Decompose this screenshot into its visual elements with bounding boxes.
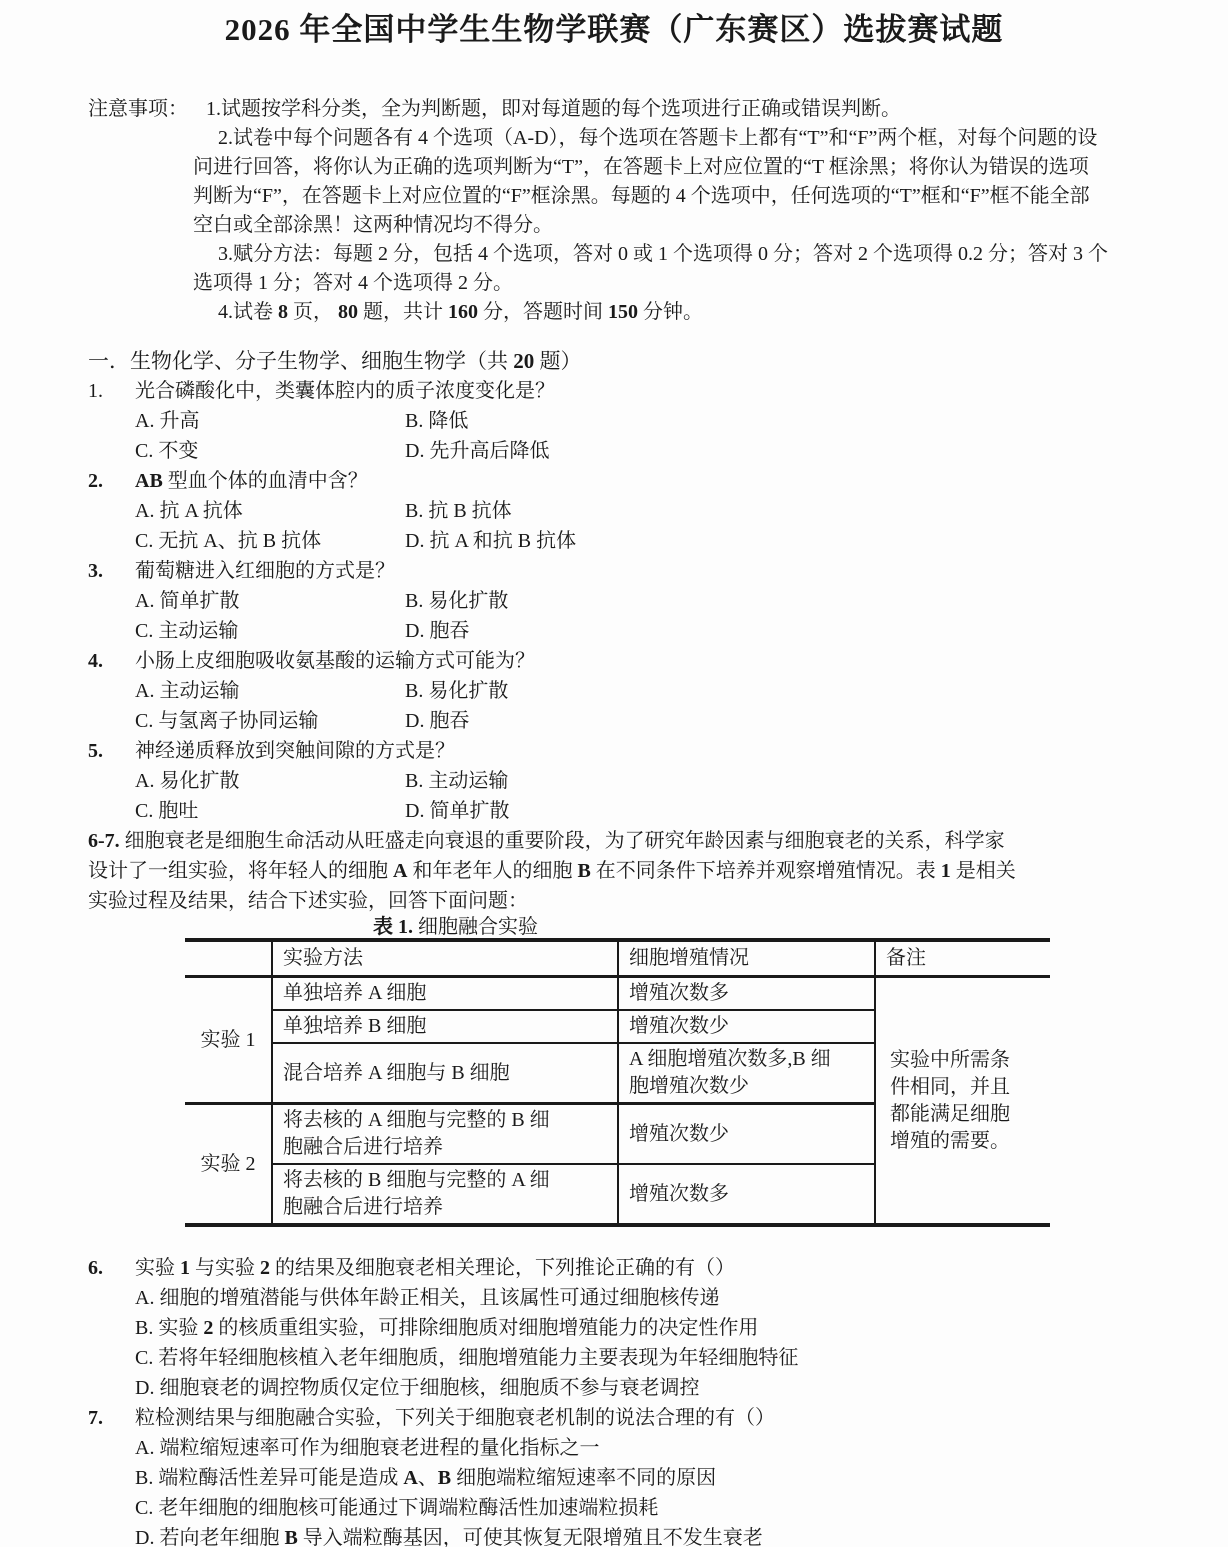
- option-d: D. 若向老年细胞 B 导入端粒酶基因，可使其恢复无限增殖且不发生衰老: [88, 1523, 1140, 1547]
- intro-line: 实验过程及结果，结合下述实验，回答下面问题：: [88, 886, 1140, 916]
- question-4: 4.小肠上皮细胞吸收氨基酸的运输方式可能为？ A. 主动运输B. 易化扩散 C.…: [88, 646, 1140, 736]
- table-header-blank: [185, 940, 272, 977]
- option-d: D. 先升高后降低: [405, 440, 549, 462]
- note-line-2-cont: 判断为“F”，在答题卡上对应位置的“F”框涂黑。每题的 4 个选项中，任何选项的…: [193, 182, 1140, 211]
- question-3: 3.葡萄糖进入红细胞的方式是？ A. 简单扩散B. 易化扩散 C. 主动运输D.…: [88, 556, 1140, 646]
- table-note: 实验中所需条 件相同，并且 都能满足细胞 增殖的需要。: [875, 977, 1050, 1226]
- option-c: C. 若将年轻细胞核植入老年细胞质，细胞增殖能力主要表现为年轻细胞特征: [88, 1343, 1140, 1373]
- notes-body: 1.试题按学科分类，全为判断题，即对每道题的每个选项进行正确或错误判断。 2.试…: [193, 95, 1140, 327]
- method-cell: 将去核的 A 细胞与完整的 B 细 胞融合后进行培养: [272, 1104, 618, 1165]
- method-cell: 将去核的 B 细胞与完整的 A 细 胞融合后进行培养: [272, 1164, 618, 1225]
- question-number: 5.: [88, 736, 135, 766]
- option-d: D. 抗 A 和抗 B 抗体: [405, 530, 576, 552]
- option-b: B. 实验 2 的核质重组实验，可排除细胞质对细胞增殖能力的决定性作用: [88, 1313, 1140, 1343]
- question-stem: 光合磷酸化中，类囊体腔内的质子浓度变化是？: [135, 380, 555, 402]
- table-1: 实验方法 细胞增殖情况 备注 实验 1 单独培养 A 细胞 增殖次数多 实验中所…: [185, 938, 1050, 1227]
- question-5: 5.神经递质释放到突触间隙的方式是？ A. 易化扩散B. 主动运输 C. 胞吐D…: [88, 736, 1140, 826]
- exam-page: 2026 年全国中学生生物学联赛（广东赛区）选拔赛试题 注意事项： 1.试题按学…: [0, 0, 1228, 1547]
- option-c: C. 老年细胞的细胞核可能通过下调端粒酶活性加速端粒损耗: [88, 1493, 1140, 1523]
- option-a: A. 抗 A 抗体: [135, 496, 405, 526]
- option-b: B. 抗 B 抗体: [405, 500, 512, 522]
- method-cell: 混合培养 A 细胞与 B 细胞: [272, 1043, 618, 1104]
- question-number: 4.: [88, 646, 135, 676]
- option-a: A. 升高: [135, 406, 405, 436]
- table-row: 实验 1 单独培养 A 细胞 增殖次数多 实验中所需条 件相同，并且 都能满足细…: [185, 977, 1050, 1011]
- question-number: 2.: [88, 466, 135, 496]
- note-line-3: 3.赋分方法：每题 2 分，包括 4 个选项，答对 0 或 1 个选项得 0 分…: [193, 240, 1140, 269]
- note-line-2-cont: 问进行回答，将你认为正确的选项判断为“T”，在答题卡上对应位置的“T 框涂黑；将…: [193, 153, 1140, 182]
- note-line-2: 2.试卷中每个问题各有 4 个选项（A-D），每个选项在答题卡上都有“T”和“F…: [193, 124, 1140, 153]
- table-header-note: 备注: [875, 940, 1050, 977]
- option-a: A. 易化扩散: [135, 766, 405, 796]
- section-heading: 一．生物化学、分子生物学、细胞生物学（共 20 题）: [88, 346, 1140, 376]
- option-b: B. 易化扩散: [405, 680, 508, 702]
- option-d: D. 简单扩散: [405, 800, 509, 822]
- table-header-result: 细胞增殖情况: [618, 940, 875, 977]
- option-d: D. 细胞衰老的调控物质仅定位于细胞核，细胞质不参与衰老调控: [88, 1373, 1140, 1403]
- question-stem: 实验 1 与实验 2 的结果及细胞衰老相关理论，下列推论正确的有（）: [135, 1257, 735, 1279]
- result-cell: 增殖次数多: [618, 977, 875, 1011]
- option-d: D. 胞吞: [405, 710, 469, 732]
- question-6-7-intro: 6-7. 细胞衰老是细胞生命活动从旺盛走向衰退的重要阶段，为了研究年龄因素与细胞…: [88, 826, 1140, 916]
- option-d: D. 胞吞: [405, 620, 469, 642]
- option-b: B. 降低: [405, 410, 468, 432]
- notes-section: 注意事项： 1.试题按学科分类，全为判断题，即对每道题的每个选项进行正确或错误判…: [88, 95, 1140, 327]
- question-6: 6.实验 1 与实验 2 的结果及细胞衰老相关理论，下列推论正确的有（） A. …: [88, 1253, 1140, 1403]
- result-cell: 增殖次数少: [618, 1104, 875, 1165]
- option-b: B. 易化扩散: [405, 590, 508, 612]
- table-caption: 表 1. 细胞融合实验: [373, 916, 1140, 938]
- method-cell: 单独培养 B 细胞: [272, 1010, 618, 1043]
- result-cell: 增殖次数多: [618, 1164, 875, 1225]
- option-c: C. 与氢离子协同运输: [135, 706, 405, 736]
- option-c: C. 主动运输: [135, 616, 405, 646]
- option-c: C. 无抗 A、抗 B 抗体: [135, 526, 405, 556]
- intro-line: 设计了一组实验，将年轻人的细胞 A 和年老年人的细胞 B 在不同条件下培养并观察…: [88, 856, 1140, 886]
- option-a: A. 端粒缩短速率可作为细胞衰老进程的量化指标之一: [88, 1433, 1140, 1463]
- question-number: 7.: [88, 1403, 135, 1433]
- method-cell: 单独培养 A 细胞: [272, 977, 618, 1011]
- note-line-1: 1.试题按学科分类，全为判断题，即对每道题的每个选项进行正确或错误判断。: [193, 95, 1140, 124]
- question-stem: 粒检测结果与细胞融合实验，下列关于细胞衰老机制的说法合理的有（）: [135, 1407, 775, 1429]
- group2-label: 实验 2: [185, 1104, 272, 1226]
- question-7: 7.粒检测结果与细胞融合实验，下列关于细胞衰老机制的说法合理的有（） A. 端粒…: [88, 1403, 1140, 1547]
- option-c: C. 不变: [135, 436, 405, 466]
- note-line-3-cont: 选项得 1 分；答对 4 个选项得 2 分。: [193, 269, 1140, 298]
- question-stem: AB 型血个体的血清中含？: [135, 470, 368, 492]
- table-header-row: 实验方法 细胞增殖情况 备注: [185, 940, 1050, 977]
- note-line-4: 4.试卷 8 页， 80 题，共计 160 分，答题时间 150 分钟。: [193, 298, 1140, 327]
- result-cell: A 细胞增殖次数多,B 细 胞增殖次数少: [618, 1043, 875, 1104]
- group1-label: 实验 1: [185, 977, 272, 1104]
- question-2: 2.AB 型血个体的血清中含？ A. 抗 A 抗体B. 抗 B 抗体 C. 无抗…: [88, 466, 1140, 556]
- result-cell: 增殖次数少: [618, 1010, 875, 1043]
- question-number: 3.: [88, 556, 135, 586]
- option-c: C. 胞吐: [135, 796, 405, 826]
- question-1: 1.光合磷酸化中，类囊体腔内的质子浓度变化是？ A. 升高B. 降低 C. 不变…: [88, 376, 1140, 466]
- notes-label: 注意事项：: [88, 95, 193, 327]
- question-stem: 神经递质释放到突触间隙的方式是？: [135, 740, 455, 762]
- question-stem: 小肠上皮细胞吸收氨基酸的运输方式可能为？: [135, 650, 535, 672]
- option-b: B. 主动运输: [405, 770, 508, 792]
- option-a: A. 主动运输: [135, 676, 405, 706]
- note-line-2-cont: 空白或全部涂黑！这两种情况均不得分。: [193, 211, 1140, 240]
- question-number: 1.: [88, 376, 135, 406]
- question-stem: 葡萄糖进入红细胞的方式是？: [135, 560, 395, 582]
- question-number: 6.: [88, 1253, 135, 1283]
- option-a: A. 简单扩散: [135, 586, 405, 616]
- page-title: 2026 年全国中学生生物学联赛（广东赛区）选拔赛试题: [88, 8, 1140, 52]
- option-b: B. 端粒酶活性差异可能是造成 A、B 细胞端粒缩短速率不同的原因: [88, 1463, 1140, 1493]
- table-header-method: 实验方法: [272, 940, 618, 977]
- intro-line: 6-7. 细胞衰老是细胞生命活动从旺盛走向衰退的重要阶段，为了研究年龄因素与细胞…: [88, 826, 1140, 856]
- option-a: A. 细胞的增殖潜能与供体年龄正相关，且该属性可通过细胞核传递: [88, 1283, 1140, 1313]
